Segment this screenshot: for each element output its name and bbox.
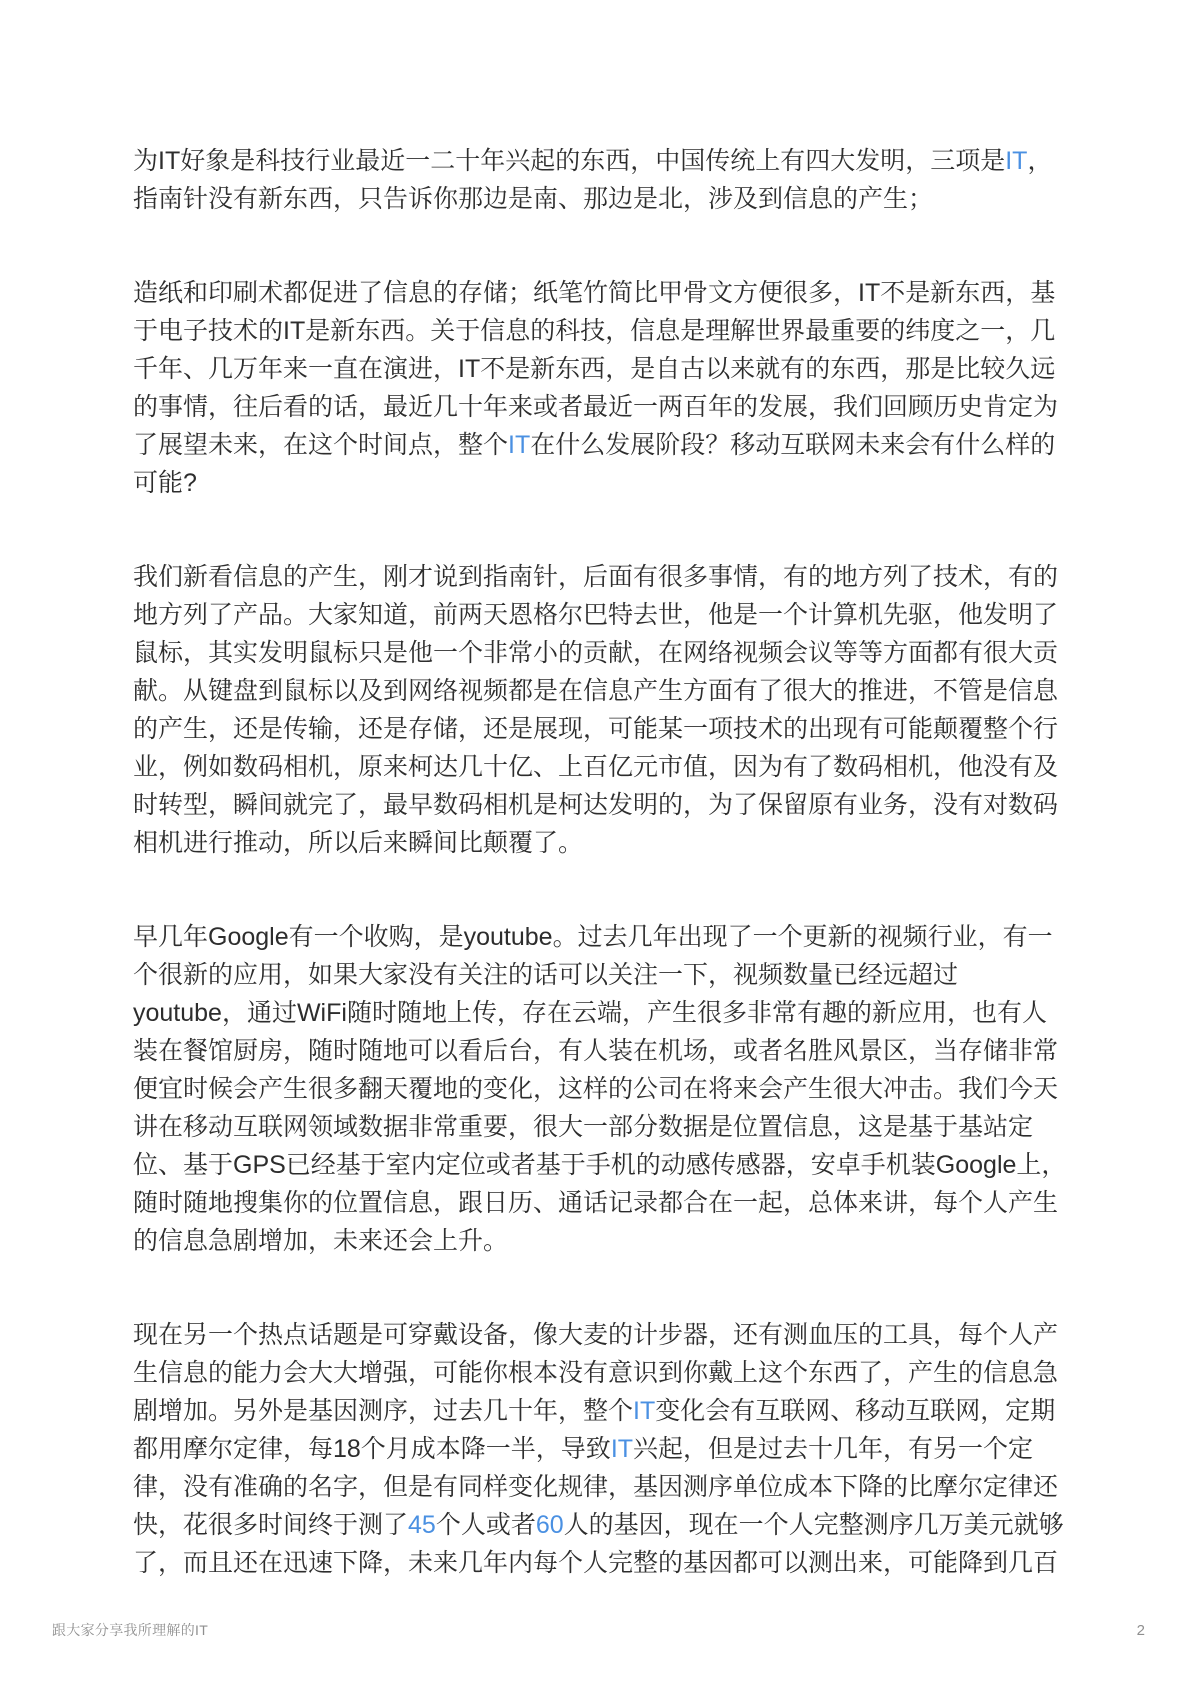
footer-title: 跟大家分享我所理解的IT [52,1620,208,1640]
page-footer: 跟大家分享我所理解的IT 2 [52,1620,1145,1640]
text-segment: 早几年Google有一个收购，是youtube。过去几年出现了一个更新的视频行业… [133,923,1066,1255]
highlighted-term: IT [611,1435,633,1463]
document-page: 为IT好象是科技行业最近一二十年兴起的东西，中国传统上有四大发明，三项是IT，指… [0,0,1200,1698]
paragraph: 我们新看信息的产生，刚才说到指南针，后面有很多事情，有的地方列了技术，有的地方列… [133,558,1067,862]
paragraph: 现在另一个热点话题是可穿戴设备，像大麦的计步器，还有测血压的工具，每个人产生信息… [133,1316,1067,1582]
highlighted-term: 45 [408,1511,436,1539]
highlighted-term: IT [633,1397,655,1425]
text-segment: 个人或者 [436,1511,536,1539]
paragraph: 造纸和印刷术都促进了信息的存储；纸笔竹简比甲骨文方便很多，IT不是新东西，基于电… [133,274,1067,502]
page-number: 2 [1137,1622,1145,1639]
document-body: 为IT好象是科技行业最近一二十年兴起的东西，中国传统上有四大发明，三项是IT，指… [133,142,1067,1638]
highlighted-term: IT [508,431,530,459]
text-segment: 我们新看信息的产生，刚才说到指南针，后面有很多事情，有的地方列了技术，有的地方列… [133,563,1058,857]
highlighted-term: IT [1005,147,1027,175]
text-segment: 为IT好象是科技行业最近一二十年兴起的东西，中国传统上有四大发明，三项是 [133,147,1005,175]
paragraph: 为IT好象是科技行业最近一二十年兴起的东西，中国传统上有四大发明，三项是IT，指… [133,142,1067,218]
paragraph: 早几年Google有一个收购，是youtube。过去几年出现了一个更新的视频行业… [133,918,1067,1260]
highlighted-term: 60 [536,1511,564,1539]
